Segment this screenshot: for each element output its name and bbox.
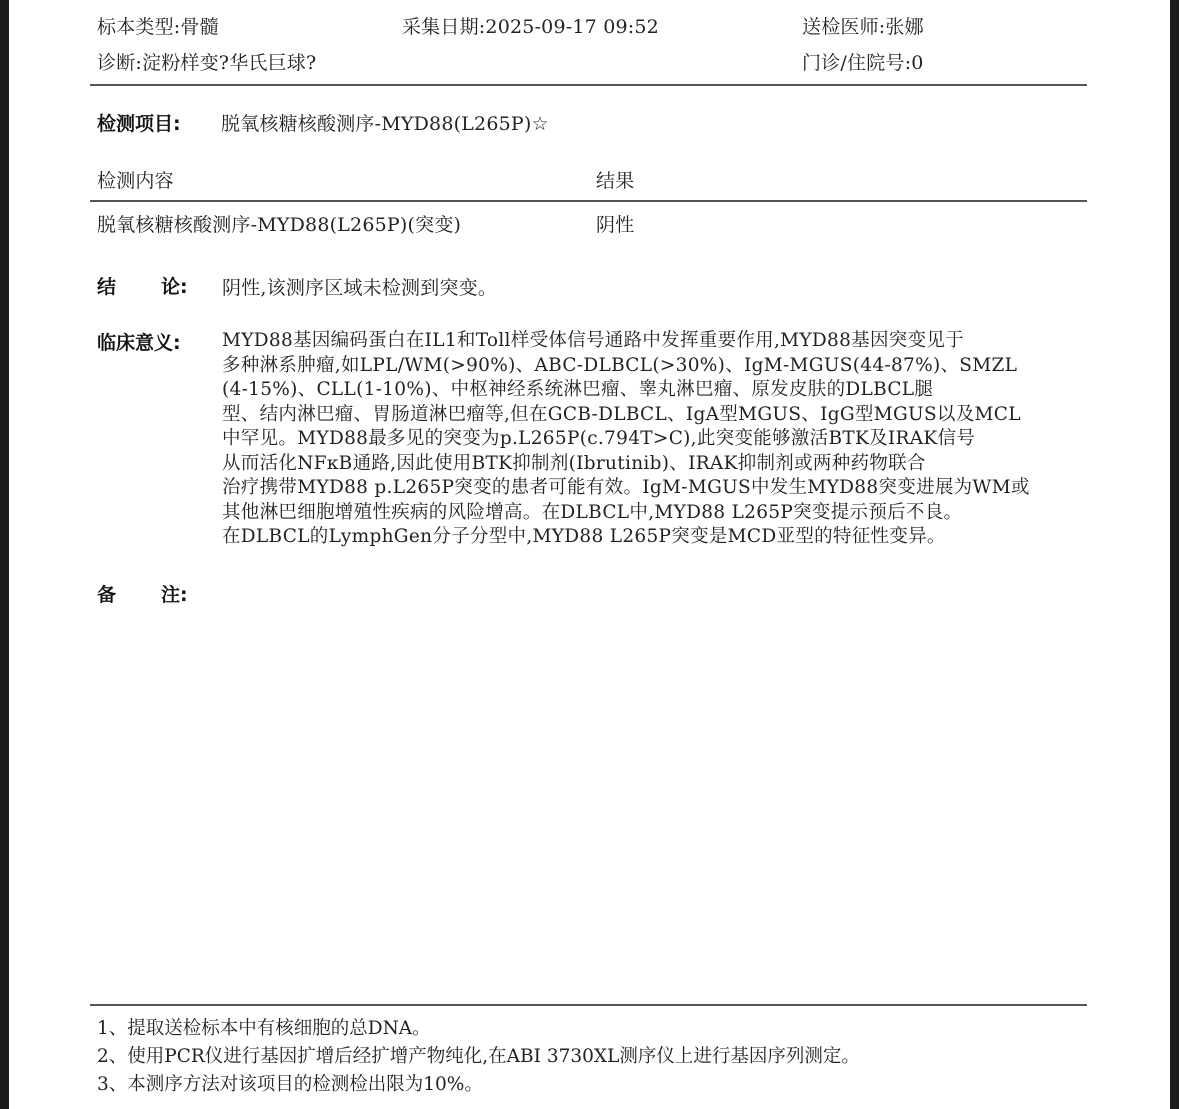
- patient-number: 门诊/住院号:0: [802, 48, 924, 75]
- method-note: 2、使用PCR仪进行基因扩增后经扩增产物纯化,在ABI 3730XL测序仪上进行…: [97, 1043, 860, 1071]
- footer-divider: [90, 1004, 1087, 1006]
- paragraph-line: 型、结内淋巴瘤、胃肠道淋巴瘤等,但在GCB-DLBCL、IgA型MGUS、IgG…: [222, 403, 1037, 428]
- method-notes: 1、提取送检标本中有核细胞的总DNA。 2、使用PCR仪进行基因扩增后经扩增产物…: [97, 1015, 860, 1099]
- row-result: 阴性: [596, 210, 634, 237]
- clinical-significance-text: MYD88基因编码蛋白在IL1和Toll样受体信号通路中发挥重要作用,MYD88…: [222, 329, 1037, 550]
- paragraph-line: 其他淋巴细胞增殖性疾病的风险增高。在DLBCL中,MYD88 L265P突变提示…: [222, 501, 1037, 526]
- row-content: 脱氧核糖核酸测序-MYD88(L265P)(突变): [97, 210, 461, 237]
- table-header-divider: [90, 200, 1087, 202]
- collection-date: 采集日期:2025-09-17 09:52: [402, 12, 659, 39]
- conclusion-label-b: 论:: [161, 272, 188, 299]
- remarks-label-b: 注:: [161, 580, 188, 607]
- column-header-result: 结果: [596, 166, 634, 193]
- report-page: 标本类型:骨髓 采集日期:2025-09-17 09:52 送检医师:张娜 诊断…: [9, 0, 1170, 1109]
- method-note: 1、提取送检标本中有核细胞的总DNA。: [97, 1015, 860, 1043]
- test-item-value: 脱氧核糖核酸测序-MYD88(L265P)☆: [221, 109, 549, 136]
- diagnosis: 诊断:淀粉样变?华氏巨球?: [97, 48, 316, 75]
- specimen-type: 标本类型:骨髓: [97, 12, 219, 39]
- test-item-label: 检测项目:: [97, 109, 181, 136]
- paragraph-line: MYD88基因编码蛋白在IL1和Toll样受体信号通路中发挥重要作用,MYD88…: [222, 329, 1037, 354]
- paragraph-line: 从而活化NFκB通路,因此使用BTK抑制剂(Ibrutinib)、IRAK抑制剂…: [222, 452, 1037, 477]
- paragraph-line: 治疗携带MYD88 p.L265P突变的患者可能有效。IgM-MGUS中发生MY…: [222, 476, 1037, 501]
- paragraph-line: 多种淋系肿瘤,如LPL/WM(>90%)、ABC-DLBCL(>30%)、IgM…: [222, 354, 1037, 379]
- clinical-significance-label: 临床意义:: [97, 328, 181, 355]
- referring-doctor: 送检医师:张娜: [802, 12, 924, 39]
- method-note: 3、本测序方法对该项目的检测检出限为10%。: [97, 1071, 860, 1099]
- conclusion-label-a: 结: [97, 272, 116, 299]
- paragraph-line: (4-15%)、CLL(1-10%)、中枢神经系统淋巴瘤、睾丸淋巴瘤、原发皮肤的…: [222, 378, 1037, 403]
- paragraph-line: 在DLBCL的LymphGen分子分型中,MYD88 L265P突变是MCD亚型…: [222, 525, 1037, 550]
- remarks-label-a: 备: [97, 580, 116, 607]
- paragraph-line: 中罕见。MYD88最多见的突变为p.L265P(c.794T>C),此突变能够激…: [222, 427, 1037, 452]
- header-divider: [90, 84, 1087, 86]
- column-header-content: 检测内容: [97, 166, 174, 193]
- conclusion-text: 阴性,该测序区域未检测到突变。: [222, 273, 497, 300]
